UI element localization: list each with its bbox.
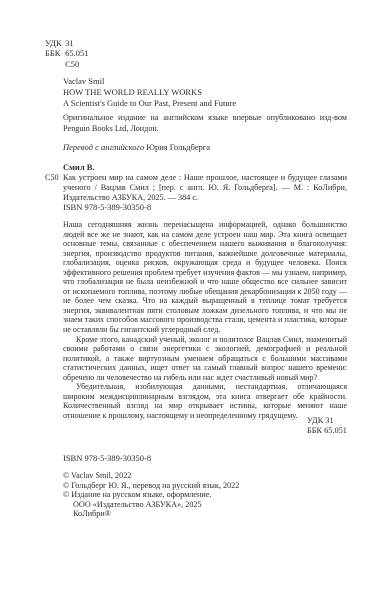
footer-udc: УДК 31 — [307, 416, 347, 426]
annotation-paragraph: Наша сегодняшняя жизнь перенасыщена инфо… — [63, 220, 347, 335]
catalog-author-mark: С50 — [45, 173, 59, 183]
translation-credit-line: Перевод с английского Юрия Гольдберга — [63, 142, 210, 152]
annotation-paragraph: Кроме этого, канадский ученый, эколог и … — [63, 335, 347, 383]
original-title: HOW THE WORLD REALLY WORKS — [63, 87, 236, 98]
classification-indices: УДК 31 ББК 65.051 С50 — [45, 38, 89, 69]
bbk-label: ББК — [45, 48, 63, 58]
original-edition-note: Оригинальное издание на английском языке… — [63, 112, 347, 134]
translator-name: Юрия Гольдберга — [146, 142, 210, 152]
bbk-value: 65.051 — [65, 48, 88, 58]
copyright-line: © Vaclav Smil, 2022 — [63, 471, 239, 481]
footer-bbk: ББК 65.051 — [307, 426, 347, 436]
original-title-block: Vaclav Smil HOW THE WORLD REALLY WORKS A… — [63, 76, 236, 109]
isbn-bottom: ISBN 978-5-389-30350-8 — [63, 453, 151, 463]
annotation: Наша сегодняшняя жизнь перенасыщена инфо… — [63, 220, 347, 420]
bbk-row: ББК 65.051 — [45, 48, 89, 58]
udc-label: УДК — [45, 38, 63, 48]
publisher-org-line: ООО «Издательство АЗБУКА», 2025 — [63, 500, 239, 510]
author-mark-row: С50 — [45, 59, 89, 69]
catalog-record: Как устроен мир на самом деле : Наше про… — [63, 173, 347, 203]
udc-value: 31 — [65, 38, 74, 48]
annotation-paragraph: Убедительная, изобилующая данными, неста… — [63, 382, 347, 420]
original-author: Vaclav Smil — [63, 76, 236, 87]
catalog-isbn: ISBN 978-5-389-30350-8 — [63, 202, 151, 212]
copyright-line: © Издание на русском языке, оформление. — [63, 490, 239, 500]
udc-row: УДК 31 — [45, 38, 89, 48]
translation-credit: Перевод с английского — [63, 142, 144, 152]
catalog-author-heading: Смил В. — [63, 162, 95, 172]
copyright-block: © Vaclav Smil, 2022 © Гольдберг Ю. Я., п… — [63, 471, 239, 519]
original-subtitle: A Scientist's Guide to Our Past, Present… — [63, 98, 236, 109]
copyright-line: © Гольдберг Ю. Я., перевод на русский яз… — [63, 481, 239, 491]
author-mark: С50 — [65, 59, 79, 69]
footer-classification-indices: УДК 31 ББК 65.051 — [307, 416, 347, 436]
catalog-card: С50 Как устроен мир на самом деле : Наше… — [45, 173, 347, 203]
publisher-imprint-line: КоЛибри® — [63, 509, 239, 519]
book-imprint-page: УДК 31 ББК 65.051 С50 Vaclav Smil HOW TH… — [0, 0, 389, 590]
